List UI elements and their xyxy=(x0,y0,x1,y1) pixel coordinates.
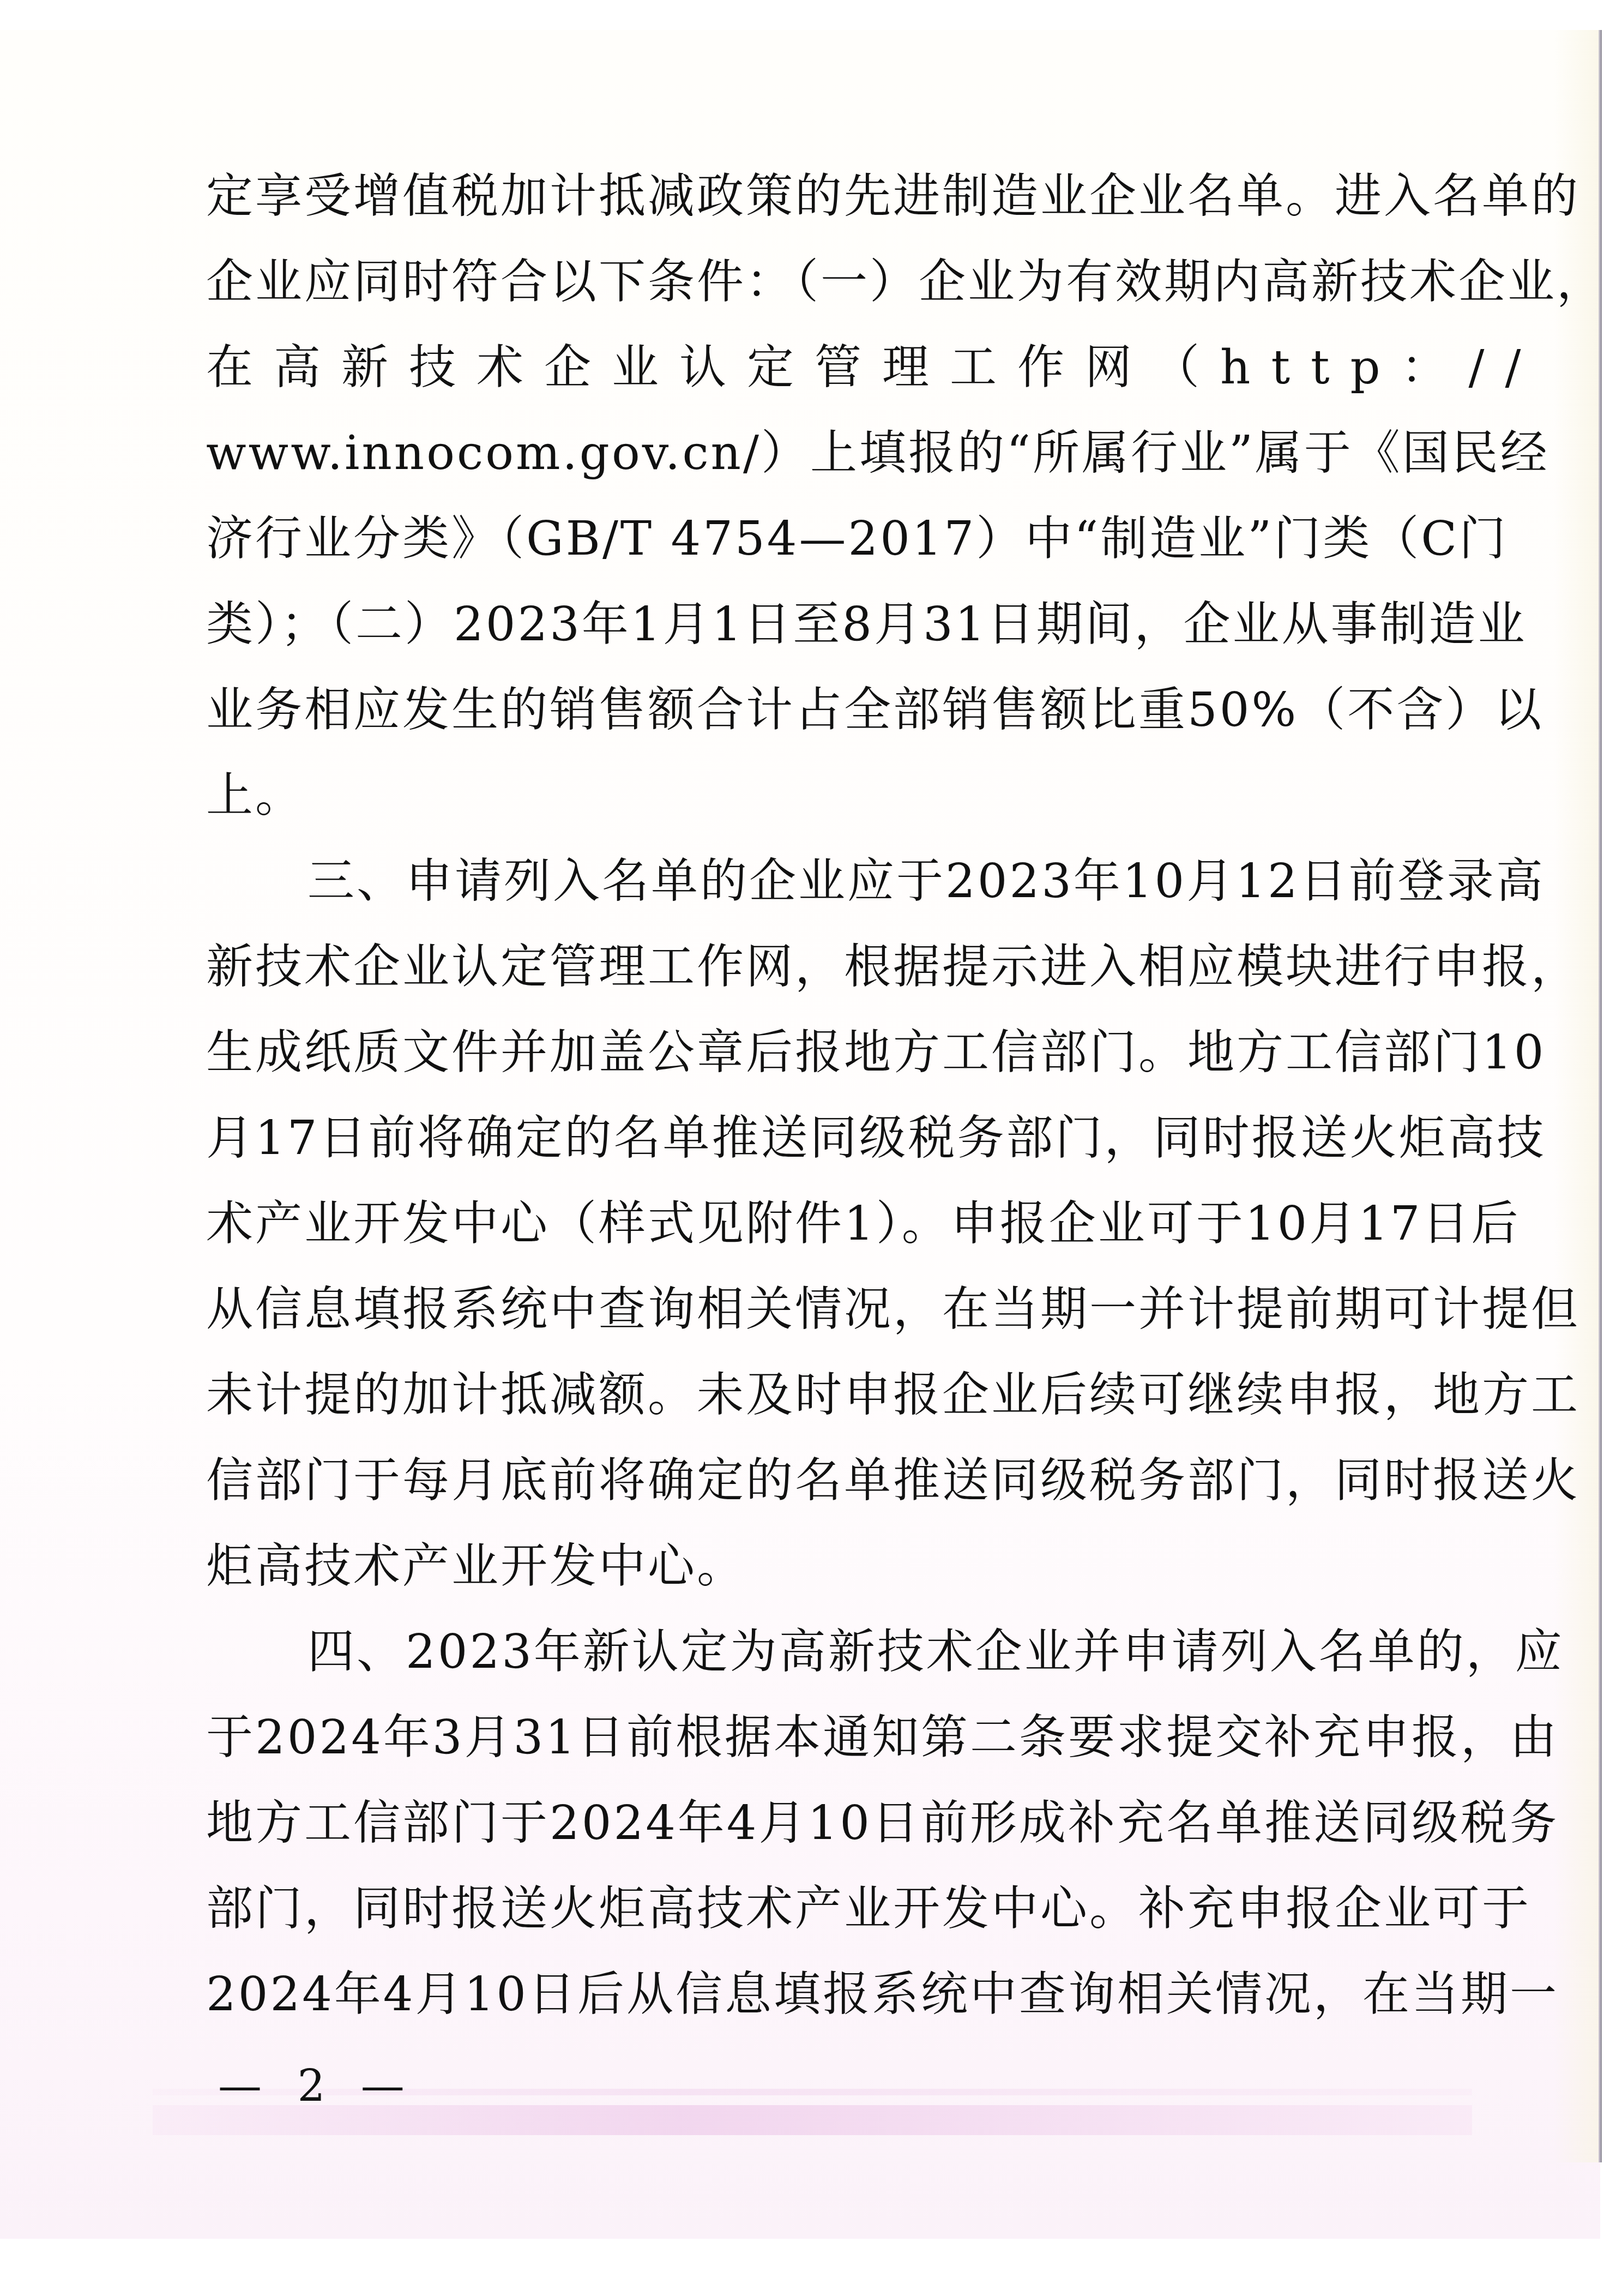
body-line: 新技术企业认定管理工作网，根据提示进入相应模块进行申报， xyxy=(206,924,1445,1010)
document-body: 定享受增值税加计抵减政策的先进制造业企业名单。进入名单的 企业应同时符合以下条件… xyxy=(206,154,1445,2037)
section-three-heading-line: 三、申请列入名单的企业应于2023年10月12日前登录高 xyxy=(206,839,1445,924)
body-line: 月17日前将确定的名单推送同级税务部门，同时报送火炬高技 xyxy=(206,1096,1445,1181)
body-line: 类）；（二）2023年1月1日至8月31日期间，企业从事制造业 xyxy=(206,582,1445,668)
page-edge xyxy=(1599,30,1602,2162)
body-line: 地方工信部门于2024年4月10日前形成补充名单推送同级税务 xyxy=(206,1781,1445,1866)
section-four-heading-line: 四、2023年新认定为高新技术企业并申请列入名单的，应 xyxy=(206,1609,1445,1695)
body-line: www.innocom.gov.cn/）上填报的“所属行业”属于《国民经 xyxy=(206,411,1445,496)
body-line: 2024年4月10日后从信息填报系统中查询相关情况，在当期一 xyxy=(206,1952,1445,2037)
body-line: 炬高技术产业开发中心。 xyxy=(206,1524,1445,1609)
page-edge-shadow xyxy=(1554,30,1599,2162)
page-number: — 2 — xyxy=(218,2059,415,2113)
body-line: 未计提的加计抵减额。未及时申报企业后续可继续申报，地方工 xyxy=(206,1353,1445,1438)
body-line: 于2024年3月31日前根据本通知第二条要求提交补充申报，由 xyxy=(206,1695,1445,1781)
body-line: 济行业分类》（GB/T 4754—2017）中“制造业”门类（C门 xyxy=(206,496,1445,582)
body-line: 上。 xyxy=(206,753,1445,839)
body-line: 从信息填报系统中查询相关情况，在当期一并计提前期可计提但 xyxy=(206,1267,1445,1353)
body-line: 业务相应发生的销售额合计占全部销售额比重50%（不含）以 xyxy=(206,668,1445,753)
body-line: 企业应同时符合以下条件：（一）企业为有效期内高新技术企业， xyxy=(206,239,1445,325)
body-line: 部门，同时报送火炬高技术产业开发中心。补充申报企业可于 xyxy=(206,1866,1445,1952)
body-line: 生成纸质文件并加盖公章后报地方工信部门。地方工信部门10 xyxy=(206,1010,1445,1096)
body-line: 术产业开发中心（样式见附件1）。申报企业可于10月17日后 xyxy=(206,1181,1445,1267)
body-line: 信部门于每月底前将确定的名单推送同级税务部门，同时报送火 xyxy=(206,1438,1445,1524)
body-line: 定享受增值税加计抵减政策的先进制造业企业名单。进入名单的 xyxy=(206,154,1445,239)
body-line: 在高新技术企业认定管理工作网（http：// xyxy=(206,325,1445,411)
